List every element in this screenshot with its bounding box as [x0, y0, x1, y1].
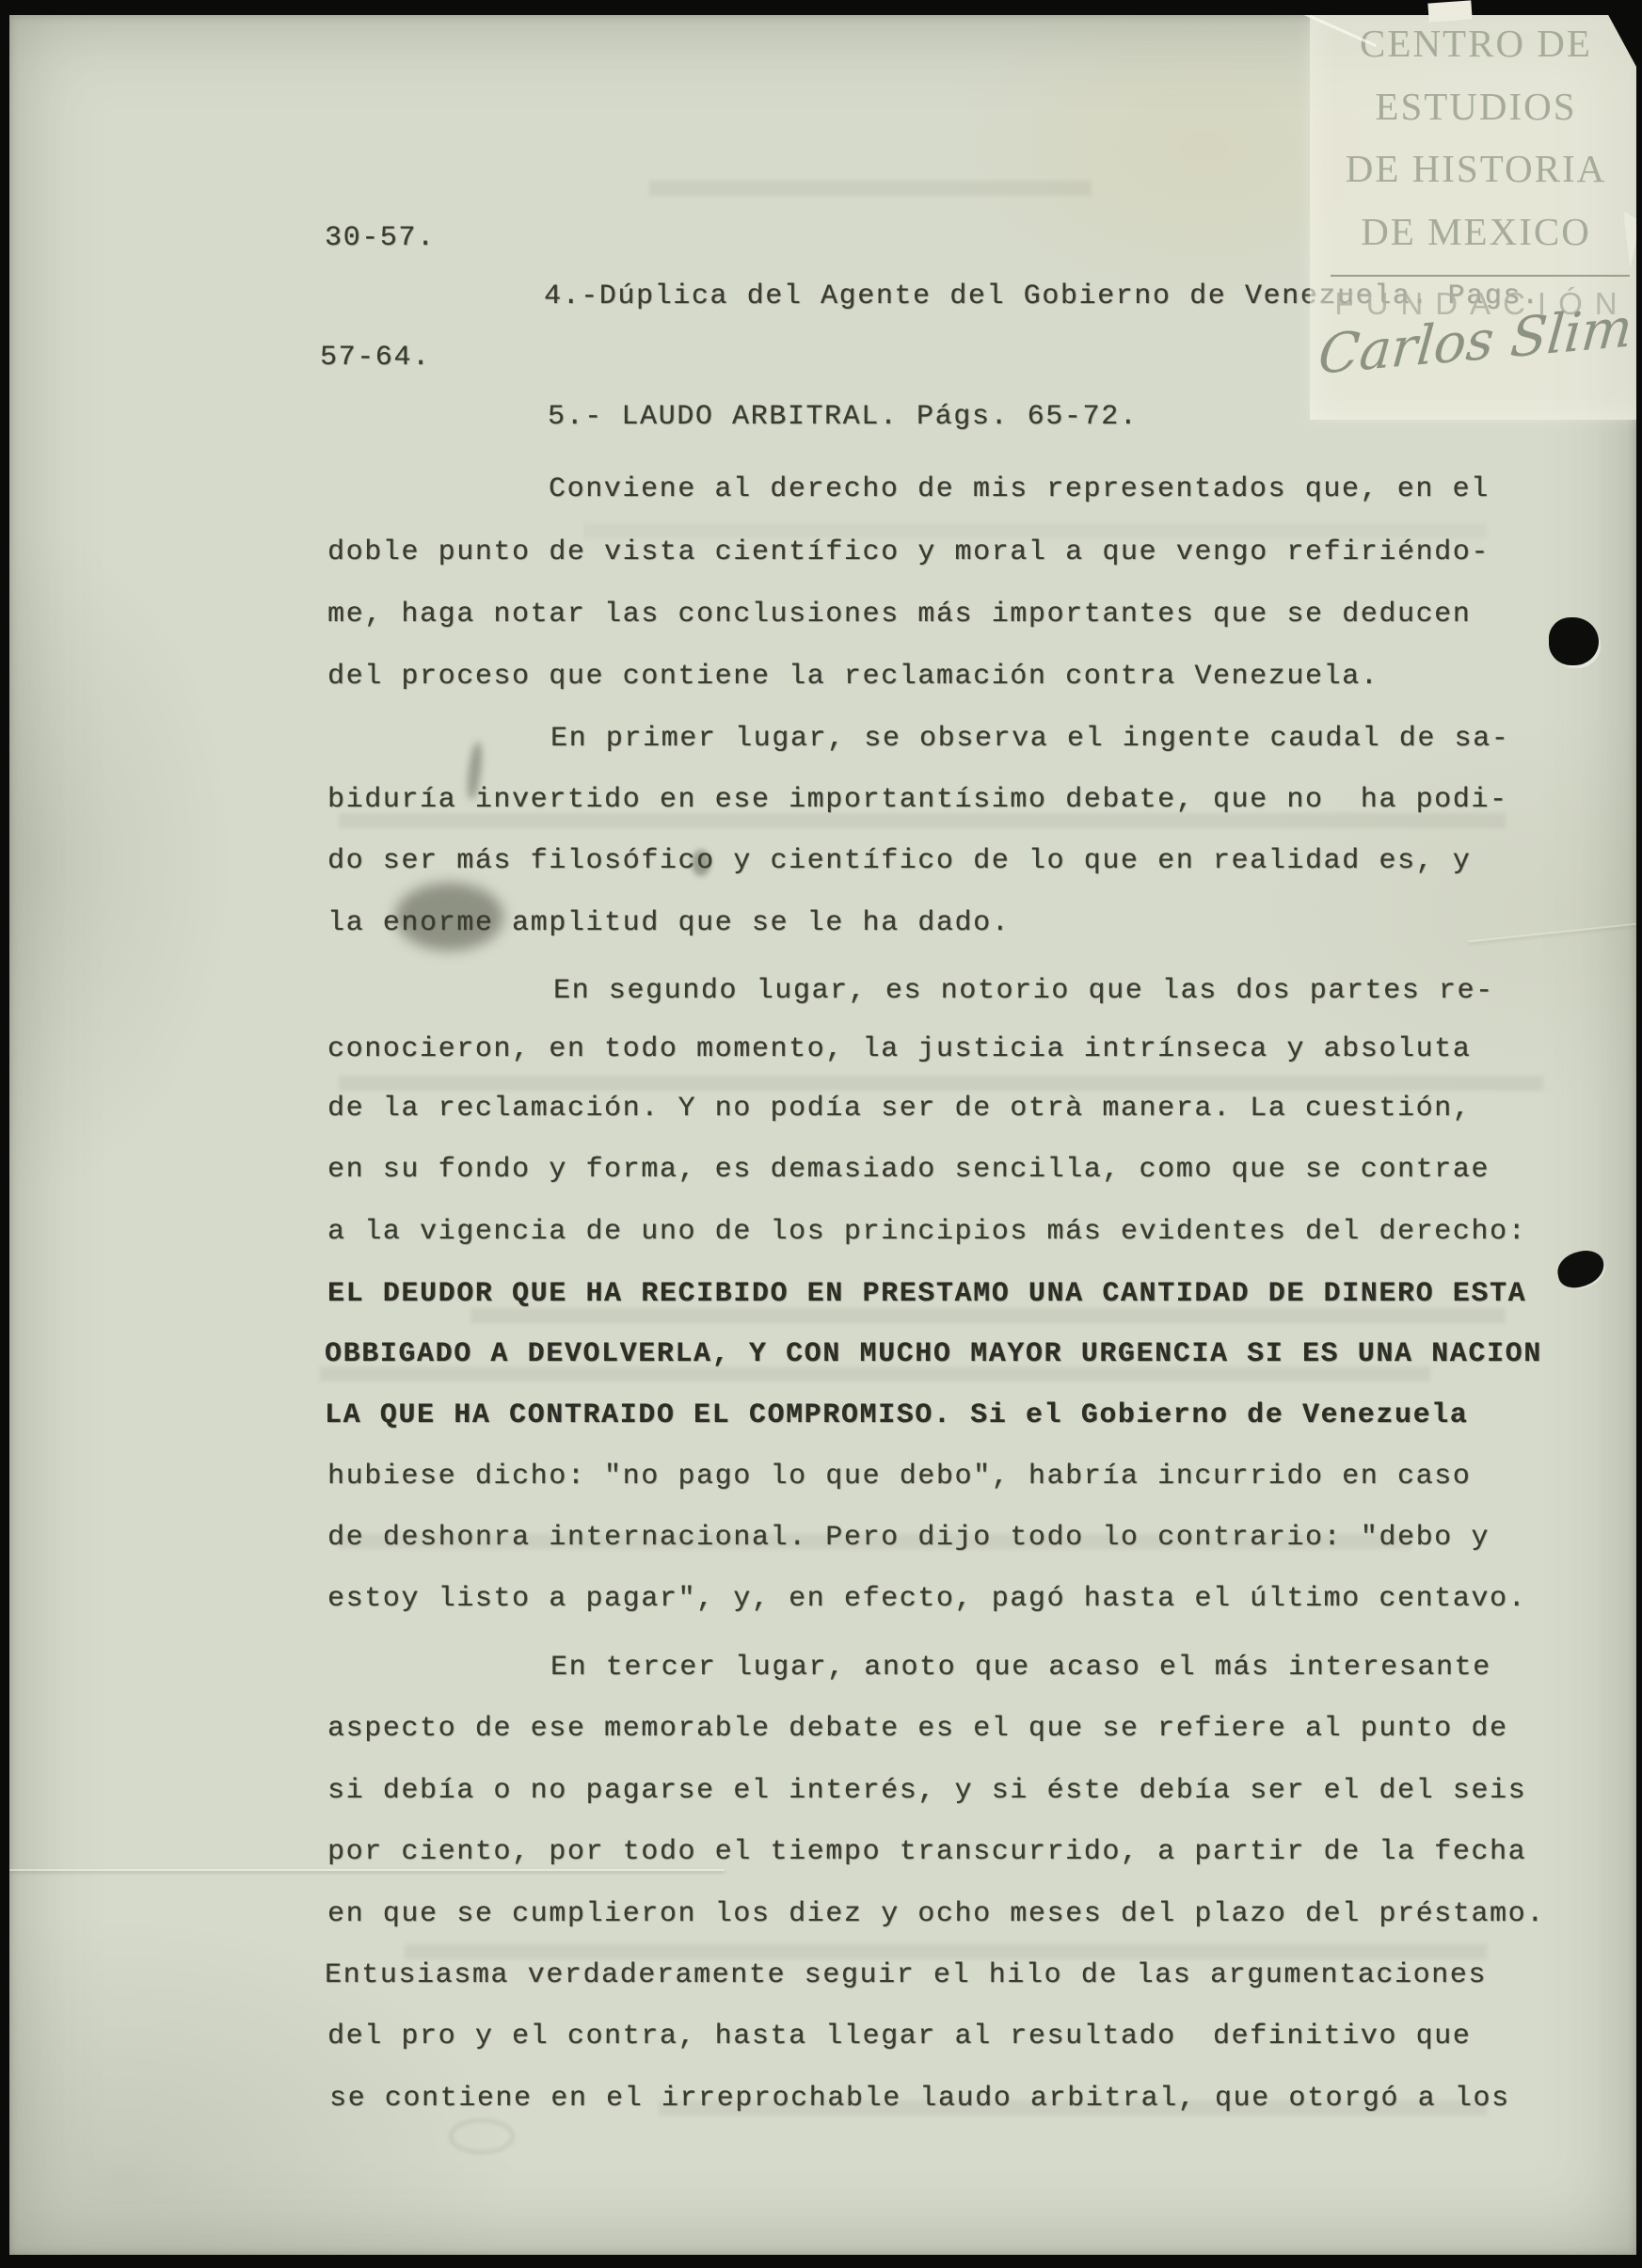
fold-crease [9, 1869, 725, 1871]
watermark-text: DE MEXICO [1310, 211, 1642, 252]
watermark-text: ESTUDIOS [1310, 86, 1642, 127]
ghost-impression [339, 1076, 1543, 1091]
typewritten-line: En primer lugar, se observa el ingente c… [550, 725, 1509, 753]
ghost-impression [470, 1308, 1506, 1323]
typewritten-line: a la vigencia de uno de los principios m… [327, 1218, 1526, 1246]
typewritten-line: Entusiasma verdaderamente seguir el hilo… [325, 1961, 1487, 1989]
ink-smudge [395, 883, 503, 950]
paper-tab [1427, 0, 1472, 22]
typewritten-line: biduría invertido en ese importantísimo … [327, 786, 1508, 814]
hole-punch-mark [1549, 617, 1599, 665]
watermark-text: CENTRO DE [1310, 23, 1642, 64]
typewritten-line: aspecto de ese memorable debate es el qu… [327, 1715, 1508, 1743]
pencil-mark [450, 2119, 514, 2153]
ghost-impression [405, 1944, 1487, 1959]
typewritten-line: OBBIGADO A DEVOLVERLA, Y CON MUCHO MAYOR… [325, 1340, 1542, 1368]
typewritten-line: LA QUE HA CONTRAIDO EL COMPROMISO. Si el… [325, 1401, 1468, 1429]
typewritten-line: si debía o no pagarse el interés, y si é… [327, 1777, 1526, 1805]
typewritten-line: conocieron, en todo momento, la justicia… [327, 1035, 1471, 1063]
watermark-divider [1331, 275, 1630, 277]
scan-border [0, 0, 1642, 15]
typewritten-line: hubiese dicho: "no pago lo que debo", ha… [327, 1462, 1471, 1491]
typewritten-line: del pro y el contra, hasta llegar al res… [327, 2022, 1471, 2051]
typewritten-line: doble punto de vista científico y moral … [327, 538, 1490, 567]
typewritten-line: estoy listo a pagar", y, en efecto, pagó… [327, 1585, 1526, 1613]
typewritten-line: Conviene al derecho de mis representados… [549, 475, 1490, 503]
watermark-text: DE HISTORIA [1310, 148, 1642, 189]
scanned-document: 30-57.4.-Dúplica del Agente del Gobierno… [0, 0, 1642, 2268]
typewritten-line: do ser más filosófico y científico de lo… [327, 847, 1471, 875]
typewritten-line: en su fondo y forma, es demasiado sencil… [327, 1156, 1490, 1184]
typewritten-line: de la reclamación. Y no podía ser de otr… [327, 1094, 1471, 1123]
typewritten-line: por ciento, por todo el tiempo transcurr… [327, 1838, 1526, 1866]
typewritten-line: me, haga notar las conclusiones más impo… [327, 600, 1471, 629]
ink-smudge [692, 850, 710, 876]
typewritten-line: 30-57. [325, 224, 436, 252]
scan-border [0, 2255, 1642, 2268]
typewritten-line: en que se cumplieron los diez y ocho mes… [327, 1900, 1545, 1928]
scan-border [0, 0, 9, 2268]
typewritten-line: 5.- LAUDO ARBITRAL. Págs. 65-72. [548, 403, 1138, 431]
typewritten-line: EL DEUDOR QUE HA RECIBIDO EN PRESTAMO UN… [327, 1280, 1526, 1308]
typewritten-line: de deshonra internacional. Pero dijo tod… [327, 1524, 1490, 1552]
typewritten-line: En segundo lugar, es notorio que las dos… [553, 977, 1494, 1005]
typewritten-line: del proceso que contiene la reclamación … [327, 663, 1379, 691]
typewritten-line: En tercer lugar, anoto que acaso el más … [550, 1653, 1491, 1682]
ghost-impression [649, 181, 1092, 196]
scan-border [1636, 0, 1642, 2268]
typewritten-line: 57-64. [320, 343, 431, 372]
typewritten-line: se contiene en el irreprochable laudo ar… [329, 2084, 1510, 2113]
